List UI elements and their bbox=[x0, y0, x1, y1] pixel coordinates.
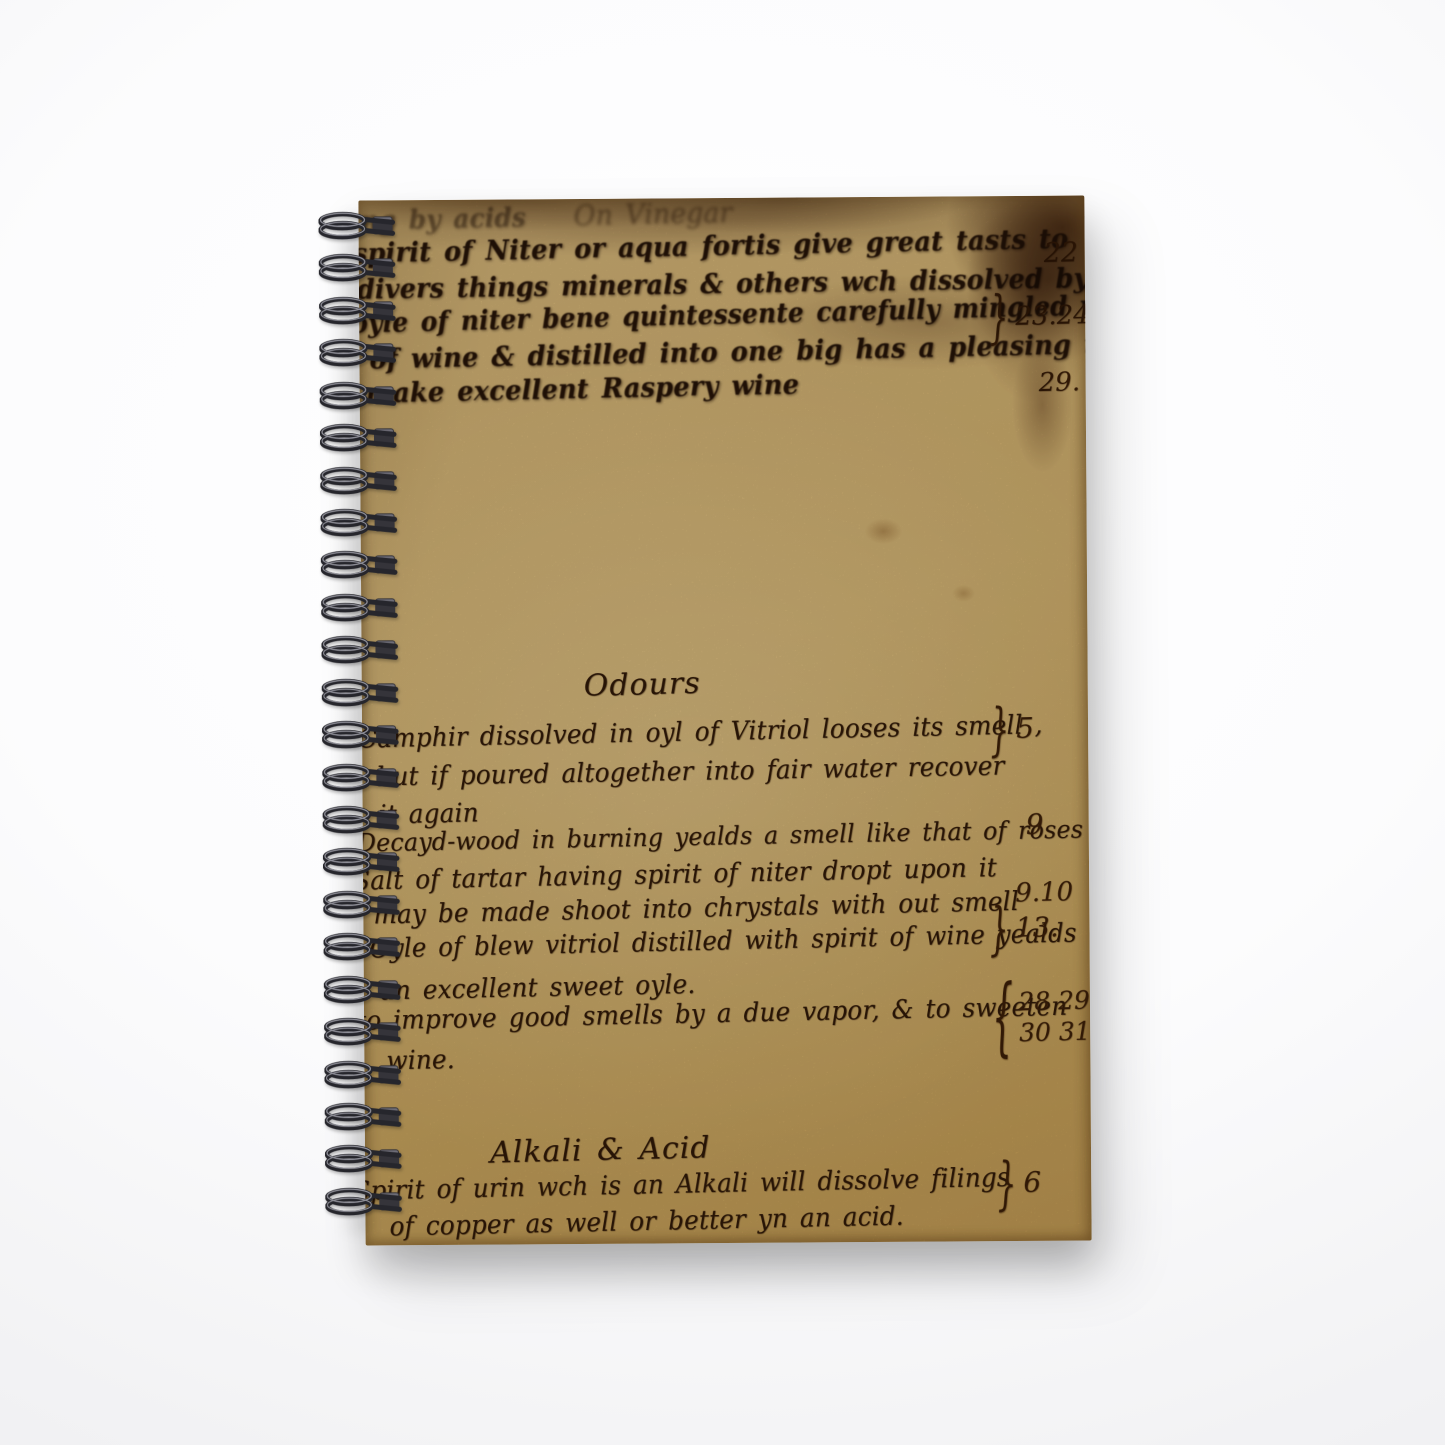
manuscript-line: of copper as well or better yn an acid. bbox=[389, 1202, 904, 1243]
reference-number: 22 bbox=[1043, 237, 1078, 269]
margin-reference: }6 bbox=[997, 1165, 1042, 1202]
margin-reference: 22 bbox=[1036, 237, 1078, 269]
reference-number: 5 bbox=[1016, 711, 1035, 744]
margin-reference: }13. bbox=[989, 911, 1059, 948]
product-photo: ng by acids On Vinegar spirit of Niter o… bbox=[0, 0, 1445, 1445]
reference-number: 9 bbox=[1025, 808, 1044, 841]
reference-brace: } bbox=[989, 697, 1010, 764]
margin-reference: 9 bbox=[1018, 808, 1044, 842]
manuscript-line-fragment: ng by acids bbox=[360, 203, 526, 236]
manuscript-line: Spirit of urin wch is an Alkali will dis… bbox=[358, 1163, 1010, 1207]
manuscript-line: but if poured altogether into fair water… bbox=[376, 751, 1005, 792]
section-heading-alkali-acid: Alkali & Acid bbox=[490, 1130, 711, 1170]
manuscript-line: make excellent Raspery wine bbox=[365, 369, 799, 409]
margin-reference: {28 2930 31 bbox=[991, 985, 1091, 1050]
margin-reference: }23.24 bbox=[989, 299, 1090, 336]
reference-number: 23.24 bbox=[1015, 300, 1090, 332]
reference-number: 13. bbox=[1015, 912, 1059, 944]
reference-brace: { bbox=[991, 968, 1015, 1068]
spiral-notebook: ng by acids On Vinegar spirit of Niter o… bbox=[358, 195, 1091, 1245]
reference-number: 9.10 bbox=[1015, 877, 1074, 908]
manuscript-line: wine. bbox=[386, 1045, 455, 1076]
reference-brace: } bbox=[996, 1151, 1017, 1218]
margin-reference: 9.10 bbox=[1008, 877, 1074, 909]
manuscript-line: Camphir dissolved in oyl of Vitriol loos… bbox=[358, 710, 1042, 754]
manuscript-faded-header: On Vinegar bbox=[573, 196, 732, 232]
reference-number: 6 bbox=[1023, 1165, 1042, 1198]
reference-number: 28 29 bbox=[1018, 985, 1090, 1018]
margin-reference: 29. bbox=[1031, 367, 1080, 398]
reference-brace: } bbox=[989, 897, 1010, 964]
reference-number: 29. bbox=[1038, 367, 1080, 398]
notebook-cover-manuscript: ng by acids On Vinegar spirit of Niter o… bbox=[358, 195, 1091, 1245]
reference-brace: } bbox=[988, 285, 1009, 352]
reference-number: 30 31 bbox=[1019, 1016, 1091, 1049]
section-heading-odours: Odours bbox=[583, 666, 701, 704]
margin-reference: }5 bbox=[990, 711, 1035, 748]
